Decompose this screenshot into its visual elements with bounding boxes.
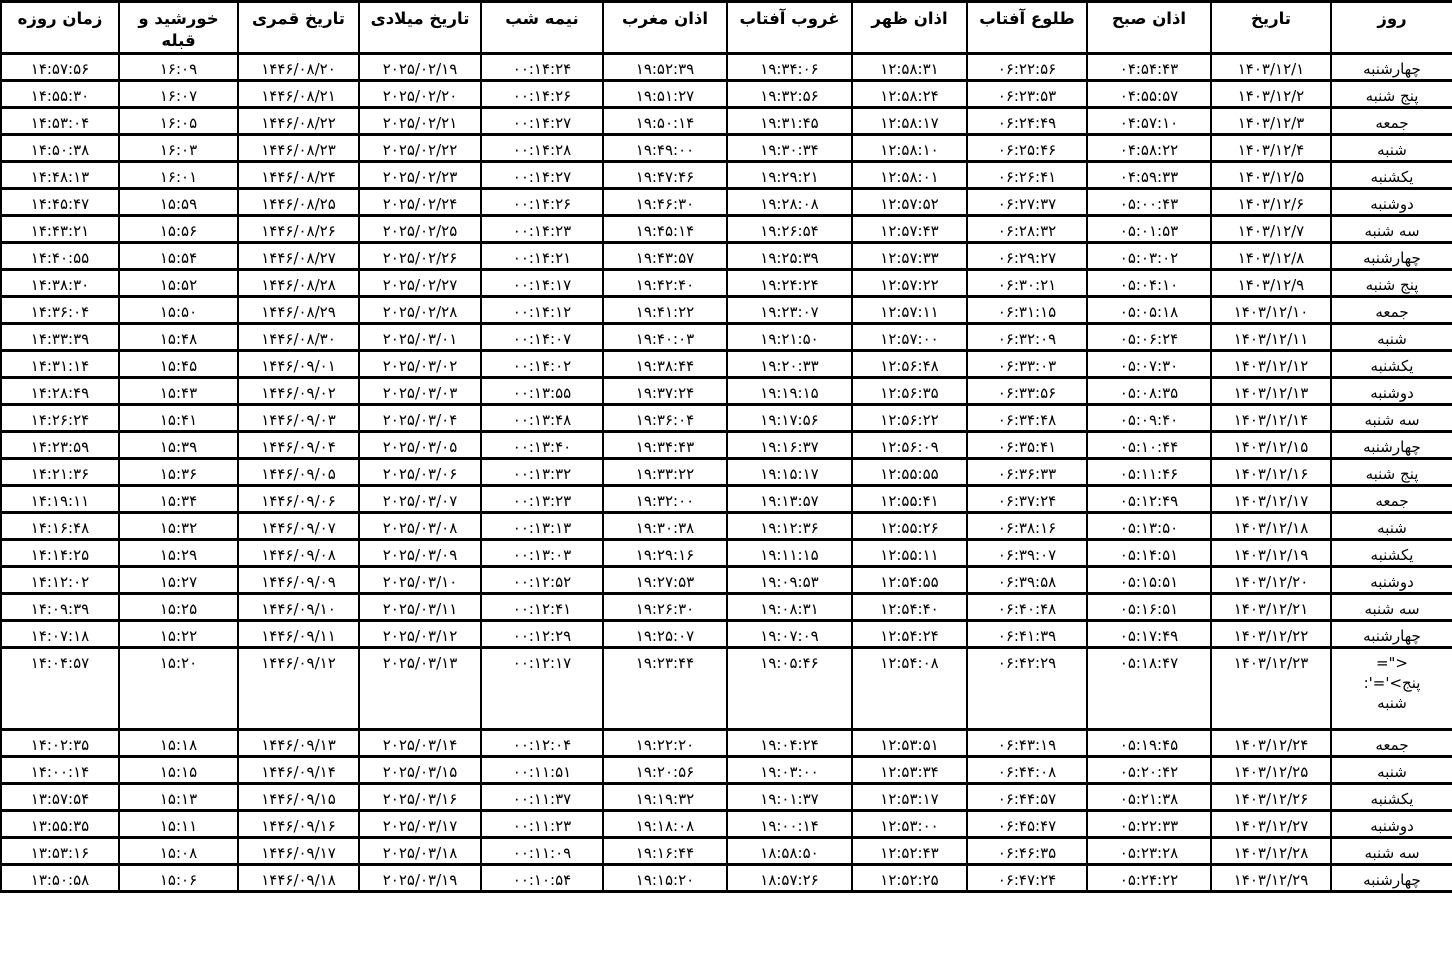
cell-maghrib: ۱۹:۴۵:۱۴ (601, 216, 725, 243)
column-header-fajr: اذان صبح (1085, 2, 1209, 54)
cell-fasting: ۱۳:۵۳:۱۶ (0, 838, 117, 865)
table-row: یکشنبه۱۴۰۳/۱۲/۱۲۰۵:۰۷:۳۰۰۶:۳۳:۰۳۱۲:۵۶:۴۸… (0, 351, 1451, 378)
cell-midnight: ۰۰:۱۴:۲۷ (479, 162, 601, 189)
cell-sunrise: ۰۶:۳۳:۰۳ (965, 351, 1085, 378)
cell-day: یکشنبه (1329, 784, 1451, 811)
cell-midnight: ۰۰:۱۲:۲۹ (479, 621, 601, 648)
cell-sunrise: ۰۶:۴۲:۲۹ (965, 648, 1085, 730)
cell-gregorian: ۲۰۲۵/۰۳/۱۳ (357, 648, 479, 730)
cell-dhuhr: ۱۲:۵۵:۴۱ (850, 486, 965, 513)
cell-day: چهارشنبه (1329, 243, 1451, 270)
cell-sunrise: ۰۶:۲۹:۲۷ (965, 243, 1085, 270)
cell-gregorian: ۲۰۲۵/۰۳/۰۷ (357, 486, 479, 513)
cell-sunrise: ۰۶:۴۷:۲۴ (965, 865, 1085, 892)
cell-day: پنج شنبه (1329, 459, 1451, 486)
cell-maghrib: ۱۹:۴۳:۵۷ (601, 243, 725, 270)
cell-date: ۱۴۰۳/۱۲/۱۲ (1209, 351, 1329, 378)
table-row: ="> :'='<پنج شنبه۱۴۰۳/۱۲/۲۳۰۵:۱۸:۴۷۰۶:۴۲… (0, 648, 1451, 730)
cell-fasting: ۱۴:۳۶:۰۴ (0, 297, 117, 324)
cell-maghrib: ۱۹:۲۲:۲۰ (601, 730, 725, 757)
cell-fajr: ۰۵:۱۲:۴۹ (1085, 486, 1209, 513)
table-row: جمعه۱۴۰۳/۱۲/۳۰۴:۵۷:۱۰۰۶:۲۴:۴۹۱۲:۵۸:۱۷۱۹:… (0, 108, 1451, 135)
cell-lunar: ۱۴۴۶/۰۹/۱۲ (236, 648, 357, 730)
column-header-sunset: غروب آفتاب (725, 2, 850, 54)
cell-maghrib: ۱۹:۴۲:۴۰ (601, 270, 725, 297)
table-row: پنج شنبه۱۴۰۳/۱۲/۲۰۴:۵۵:۵۷۰۶:۲۳:۵۳۱۲:۵۸:۲… (0, 81, 1451, 108)
cell-date: ۱۴۰۳/۱۲/۱۳ (1209, 378, 1329, 405)
cell-maghrib: ۱۹:۵۱:۲۷ (601, 81, 725, 108)
cell-midnight: ۰۰:۱۳:۰۳ (479, 540, 601, 567)
cell-date: ۱۴۰۳/۱۲/۱۸ (1209, 513, 1329, 540)
cell-lunar: ۱۴۴۶/۰۹/۰۹ (236, 567, 357, 594)
cell-day: چهارشنبه (1329, 621, 1451, 648)
cell-gregorian: ۲۰۲۵/۰۳/۰۹ (357, 540, 479, 567)
cell-sunset: ۱۹:۲۳:۰۷ (725, 297, 850, 324)
cell-fajr: ۰۵:۲۴:۲۲ (1085, 865, 1209, 892)
cell-dhuhr: ۱۲:۵۷:۱۱ (850, 297, 965, 324)
cell-gregorian: ۲۰۲۵/۰۲/۲۶ (357, 243, 479, 270)
table-row: جمعه۱۴۰۳/۱۲/۲۴۰۵:۱۹:۴۵۰۶:۴۳:۱۹۱۲:۵۳:۵۱۱۹… (0, 730, 1451, 757)
cell-maghrib: ۱۹:۲۹:۱۶ (601, 540, 725, 567)
table-row: دوشنبه۱۴۰۳/۱۲/۱۳۰۵:۰۸:۳۵۰۶:۳۳:۵۶۱۲:۵۶:۳۵… (0, 378, 1451, 405)
cell-gregorian: ۲۰۲۵/۰۲/۲۲ (357, 135, 479, 162)
cell-date: ۱۴۰۳/۱۲/۲۶ (1209, 784, 1329, 811)
cell-fasting: ۱۴:۳۸:۳۰ (0, 270, 117, 297)
cell-date: ۱۴۰۳/۱۲/۱۱ (1209, 324, 1329, 351)
cell-date: ۱۴۰۳/۱۲/۲۲ (1209, 621, 1329, 648)
cell-dhuhr: ۱۲:۵۳:۳۴ (850, 757, 965, 784)
cell-lunar: ۱۴۴۶/۰۹/۰۳ (236, 405, 357, 432)
cell-day: شنبه (1329, 135, 1451, 162)
cell-dhuhr: ۱۲:۵۸:۳۱ (850, 54, 965, 81)
cell-dhuhr: ۱۲:۵۳:۰۰ (850, 811, 965, 838)
column-header-fasting: زمان روزه (0, 2, 117, 54)
cell-day: جمعه (1329, 108, 1451, 135)
table-row: سه شنبه۱۴۰۳/۱۲/۲۱۰۵:۱۶:۵۱۰۶:۴۰:۴۸۱۲:۵۴:۴… (0, 594, 1451, 621)
cell-date: ۱۴۰۳/۱۲/۲۹ (1209, 865, 1329, 892)
cell-date: ۱۴۰۳/۱۲/۸ (1209, 243, 1329, 270)
cell-midnight: ۰۰:۱۴:۲۱ (479, 243, 601, 270)
cell-day: چهارشنبه (1329, 432, 1451, 459)
cell-gregorian: ۲۰۲۵/۰۳/۱۷ (357, 811, 479, 838)
cell-fasting: ۱۴:۱۴:۲۵ (0, 540, 117, 567)
table-row: یکشنبه۱۴۰۳/۱۲/۱۹۰۵:۱۴:۵۱۰۶:۳۹:۰۷۱۲:۵۵:۱۱… (0, 540, 1451, 567)
cell-sunset: ۱۸:۵۸:۵۰ (725, 838, 850, 865)
table-row: سه شنبه۱۴۰۳/۱۲/۲۸۰۵:۲۳:۲۸۰۶:۴۶:۳۵۱۲:۵۲:۴… (0, 838, 1451, 865)
cell-lunar: ۱۴۴۶/۰۹/۱۸ (236, 865, 357, 892)
table-row: چهارشنبه۱۴۰۳/۱۲/۱۵۰۵:۱۰:۴۴۰۶:۳۵:۴۱۱۲:۵۶:… (0, 432, 1451, 459)
cell-dhuhr: ۱۲:۵۷:۲۲ (850, 270, 965, 297)
cell-dhuhr: ۱۲:۵۴:۵۵ (850, 567, 965, 594)
column-header-gregorian: تاریخ میلادی (357, 2, 479, 54)
cell-date: ۱۴۰۳/۱۲/۲۵ (1209, 757, 1329, 784)
cell-date: ۱۴۰۳/۱۲/۴ (1209, 135, 1329, 162)
cell-fajr: ۰۵:۰۳:۰۲ (1085, 243, 1209, 270)
cell-fajr: ۰۵:۰۷:۳۰ (1085, 351, 1209, 378)
cell-sun-qibla: ۱۵:۱۸ (117, 730, 236, 757)
cell-sunrise: ۰۶:۴۳:۱۹ (965, 730, 1085, 757)
cell-date: ۱۴۰۳/۱۲/۵ (1209, 162, 1329, 189)
cell-midnight: ۰۰:۱۲:۰۴ (479, 730, 601, 757)
column-header-lunar: تاریخ قمری (236, 2, 357, 54)
cell-midnight: ۰۰:۱۴:۲۶ (479, 81, 601, 108)
cell-gregorian: ۲۰۲۵/۰۲/۲۴ (357, 189, 479, 216)
cell-day: شنبه (1329, 324, 1451, 351)
cell-dhuhr: ۱۲:۵۴:۰۸ (850, 648, 965, 730)
cell-sun-qibla: ۱۵:۴۵ (117, 351, 236, 378)
cell-lunar: ۱۴۴۶/۰۹/۱۴ (236, 757, 357, 784)
cell-fajr: ۰۵:۱۶:۵۱ (1085, 594, 1209, 621)
cell-sun-qibla: ۱۵:۲۵ (117, 594, 236, 621)
cell-lunar: ۱۴۴۶/۰۸/۲۰ (236, 54, 357, 81)
cell-fasting: ۱۴:۲۳:۵۹ (0, 432, 117, 459)
cell-dhuhr: ۱۲:۵۶:۴۸ (850, 351, 965, 378)
cell-dhuhr: ۱۲:۵۶:۲۲ (850, 405, 965, 432)
cell-midnight: ۰۰:۱۱:۳۷ (479, 784, 601, 811)
cell-fasting: ۱۴:۲۱:۳۶ (0, 459, 117, 486)
cell-fasting: ۱۴:۵۷:۵۶ (0, 54, 117, 81)
timetable-body: چهارشنبه۱۴۰۳/۱۲/۱۰۴:۵۴:۴۳۰۶:۲۲:۵۶۱۲:۵۸:۳… (0, 54, 1451, 892)
cell-sunset: ۱۹:۳۴:۰۶ (725, 54, 850, 81)
cell-sunset: ۱۹:۰۸:۳۱ (725, 594, 850, 621)
cell-sunrise: ۰۶:۳۵:۴۱ (965, 432, 1085, 459)
cell-gregorian: ۲۰۲۵/۰۳/۰۶ (357, 459, 479, 486)
cell-day: جمعه (1329, 730, 1451, 757)
cell-sunrise: ۰۶:۲۷:۳۷ (965, 189, 1085, 216)
cell-sun-qibla: ۱۵:۴۳ (117, 378, 236, 405)
cell-fasting: ۱۴:۴۳:۲۱ (0, 216, 117, 243)
cell-midnight: ۰۰:۱۳:۳۲ (479, 459, 601, 486)
cell-fasting: ۱۴:۰۰:۱۴ (0, 757, 117, 784)
cell-sunrise: ۰۶:۳۱:۱۵ (965, 297, 1085, 324)
cell-day: یکشنبه (1329, 351, 1451, 378)
cell-sun-qibla: ۱۶:۰۵ (117, 108, 236, 135)
column-header-maghrib: اذان مغرب (601, 2, 725, 54)
cell-maghrib: ۱۹:۵۰:۱۴ (601, 108, 725, 135)
cell-gregorian: ۲۰۲۵/۰۳/۱۱ (357, 594, 479, 621)
cell-lunar: ۱۴۴۶/۰۸/۲۳ (236, 135, 357, 162)
cell-lunar: ۱۴۴۶/۰۹/۱۷ (236, 838, 357, 865)
cell-maghrib: ۱۹:۲۷:۵۳ (601, 567, 725, 594)
table-row: چهارشنبه۱۴۰۳/۱۲/۱۰۴:۵۴:۴۳۰۶:۲۲:۵۶۱۲:۵۸:۳… (0, 54, 1451, 81)
cell-maghrib: ۱۹:۳۸:۴۴ (601, 351, 725, 378)
cell-sun-qibla: ۱۵:۲۷ (117, 567, 236, 594)
cell-maghrib: ۱۹:۱۹:۳۲ (601, 784, 725, 811)
column-header-dhuhr: اذان ظهر (850, 2, 965, 54)
cell-sunrise: ۰۶:۳۹:۰۷ (965, 540, 1085, 567)
cell-sun-qibla: ۱۵:۲۹ (117, 540, 236, 567)
cell-lunar: ۱۴۴۶/۰۸/۲۶ (236, 216, 357, 243)
cell-dhuhr: ۱۲:۵۵:۱۱ (850, 540, 965, 567)
cell-sunset: ۱۹:۰۴:۲۴ (725, 730, 850, 757)
cell-lunar: ۱۴۴۶/۰۹/۱۶ (236, 811, 357, 838)
table-row: دوشنبه۱۴۰۳/۱۲/۶۰۵:۰۰:۴۳۰۶:۲۷:۳۷۱۲:۵۷:۵۲۱… (0, 189, 1451, 216)
cell-sunrise: ۰۶:۳۷:۲۴ (965, 486, 1085, 513)
column-header-sun-qibla: خورشید و قبله (117, 2, 236, 54)
cell-fasting: ۱۳:۵۰:۵۸ (0, 865, 117, 892)
cell-fajr: ۰۴:۵۹:۳۳ (1085, 162, 1209, 189)
cell-sunset: ۱۹:۳۱:۴۵ (725, 108, 850, 135)
cell-gregorian: ۲۰۲۵/۰۳/۰۵ (357, 432, 479, 459)
table-row: شنبه۱۴۰۳/۱۲/۱۱۰۵:۰۶:۲۴۰۶:۳۲:۰۹۱۲:۵۷:۰۰۱۹… (0, 324, 1451, 351)
cell-dhuhr: ۱۲:۵۲:۲۵ (850, 865, 965, 892)
cell-sunrise: ۰۶:۴۴:۰۸ (965, 757, 1085, 784)
cell-fajr: ۰۵:۰۶:۲۴ (1085, 324, 1209, 351)
cell-dhuhr: ۱۲:۵۷:۳۳ (850, 243, 965, 270)
cell-lunar: ۱۴۴۶/۰۸/۳۰ (236, 324, 357, 351)
cell-midnight: ۰۰:۱۰:۵۴ (479, 865, 601, 892)
cell-sun-qibla: ۱۵:۴۱ (117, 405, 236, 432)
cell-lunar: ۱۴۴۶/۰۸/۲۷ (236, 243, 357, 270)
cell-day: یکشنبه (1329, 540, 1451, 567)
table-row: دوشنبه۱۴۰۳/۱۲/۲۷۰۵:۲۲:۳۳۰۶:۴۵:۴۷۱۲:۵۳:۰۰… (0, 811, 1451, 838)
cell-lunar: ۱۴۴۶/۰۹/۰۷ (236, 513, 357, 540)
cell-day: جمعه (1329, 486, 1451, 513)
cell-sunset: ۱۹:۱۹:۱۵ (725, 378, 850, 405)
cell-fajr: ۰۵:۰۰:۴۳ (1085, 189, 1209, 216)
cell-sunset: ۱۹:۲۵:۳۹ (725, 243, 850, 270)
cell-lunar: ۱۴۴۶/۰۸/۲۸ (236, 270, 357, 297)
cell-fajr: ۰۵:۱۵:۵۱ (1085, 567, 1209, 594)
cell-sunset: ۱۹:۲۹:۲۱ (725, 162, 850, 189)
cell-midnight: ۰۰:۱۳:۵۵ (479, 378, 601, 405)
cell-fajr: ۰۵:۱۱:۴۶ (1085, 459, 1209, 486)
table-row: پنج شنبه۱۴۰۳/۱۲/۹۰۵:۰۴:۱۰۰۶:۳۰:۲۱۱۲:۵۷:۲… (0, 270, 1451, 297)
cell-date: ۱۴۰۳/۱۲/۶ (1209, 189, 1329, 216)
cell-date: ۱۴۰۳/۱۲/۲۸ (1209, 838, 1329, 865)
cell-date: ۱۴۰۳/۱۲/۲۳ (1209, 648, 1329, 730)
cell-lunar: ۱۴۴۶/۰۸/۲۹ (236, 297, 357, 324)
cell-maghrib: ۱۹:۳۴:۴۳ (601, 432, 725, 459)
cell-lunar: ۱۴۴۶/۰۹/۱۰ (236, 594, 357, 621)
cell-day: سه شنبه (1329, 405, 1451, 432)
cell-sun-qibla: ۱۶:۰۹ (117, 54, 236, 81)
cell-sunset: ۱۹:۲۴:۲۴ (725, 270, 850, 297)
cell-fasting: ۱۴:۱۲:۰۲ (0, 567, 117, 594)
cell-lunar: ۱۴۴۶/۰۸/۲۴ (236, 162, 357, 189)
cell-date: ۱۴۰۳/۱۲/۱ (1209, 54, 1329, 81)
header-row: روز تاریخ اذان صبح طلوع آفتاب اذان ظهر غ… (0, 2, 1451, 54)
cell-day: دوشنبه (1329, 811, 1451, 838)
cell-dhuhr: ۱۲:۵۴:۲۴ (850, 621, 965, 648)
cell-date: ۱۴۰۳/۱۲/۲۱ (1209, 594, 1329, 621)
cell-fajr: ۰۵:۰۵:۱۸ (1085, 297, 1209, 324)
cell-day: چهارشنبه (1329, 865, 1451, 892)
cell-fasting: ۱۳:۵۵:۳۵ (0, 811, 117, 838)
cell-fajr: ۰۵:۱۹:۴۵ (1085, 730, 1209, 757)
cell-sun-qibla: ۱۵:۵۰ (117, 297, 236, 324)
cell-fasting: ۱۴:۱۶:۴۸ (0, 513, 117, 540)
cell-sun-qibla: ۱۵:۵۴ (117, 243, 236, 270)
cell-gregorian: ۲۰۲۵/۰۳/۰۸ (357, 513, 479, 540)
cell-lunar: ۱۴۴۶/۰۹/۱۱ (236, 621, 357, 648)
cell-fasting: ۱۴:۵۰:۳۸ (0, 135, 117, 162)
cell-fasting: ۱۴:۰۲:۳۵ (0, 730, 117, 757)
cell-maghrib: ۱۹:۱۸:۰۸ (601, 811, 725, 838)
cell-fajr: ۰۵:۱۴:۵۱ (1085, 540, 1209, 567)
cell-maghrib: ۱۹:۵۲:۳۹ (601, 54, 725, 81)
table-row: دوشنبه۱۴۰۳/۱۲/۲۰۰۵:۱۵:۵۱۰۶:۳۹:۵۸۱۲:۵۴:۵۵… (0, 567, 1451, 594)
cell-midnight: ۰۰:۱۳:۴۰ (479, 432, 601, 459)
table-row: شنبه۱۴۰۳/۱۲/۴۰۴:۵۸:۲۲۰۶:۲۵:۴۶۱۲:۵۸:۱۰۱۹:… (0, 135, 1451, 162)
cell-sunset: ۱۹:۲۰:۳۳ (725, 351, 850, 378)
cell-sunset: ۱۹:۳۲:۵۶ (725, 81, 850, 108)
cell-fasting: ۱۴:۰۹:۳۹ (0, 594, 117, 621)
cell-day: سه شنبه (1329, 838, 1451, 865)
cell-lunar: ۱۴۴۶/۰۹/۰۲ (236, 378, 357, 405)
cell-lunar: ۱۴۴۶/۰۹/۰۸ (236, 540, 357, 567)
cell-fajr: ۰۵:۱۰:۴۴ (1085, 432, 1209, 459)
cell-sunrise: ۰۶:۴۱:۳۹ (965, 621, 1085, 648)
table-row: چهارشنبه۱۴۰۳/۱۲/۸۰۵:۰۳:۰۲۰۶:۲۹:۲۷۱۲:۵۷:۳… (0, 243, 1451, 270)
cell-sunrise: ۰۶:۲۲:۵۶ (965, 54, 1085, 81)
cell-date: ۱۴۰۳/۱۲/۱۷ (1209, 486, 1329, 513)
cell-sun-qibla: ۱۵:۳۴ (117, 486, 236, 513)
cell-fajr: ۰۵:۰۱:۵۳ (1085, 216, 1209, 243)
cell-midnight: ۰۰:۱۴:۲۶ (479, 189, 601, 216)
cell-date: ۱۴۰۳/۱۲/۱۰ (1209, 297, 1329, 324)
cell-sun-qibla: ۱۵:۵۶ (117, 216, 236, 243)
cell-sunrise: ۰۶:۲۳:۵۳ (965, 81, 1085, 108)
cell-fasting: ۱۴:۳۳:۳۹ (0, 324, 117, 351)
cell-midnight: ۰۰:۱۴:۲۴ (479, 54, 601, 81)
cell-sunrise: ۰۶:۳۲:۰۹ (965, 324, 1085, 351)
column-header-midnight: نیمه شب (479, 2, 601, 54)
cell-sun-qibla: ۱۵:۲۲ (117, 621, 236, 648)
cell-gregorian: ۲۰۲۵/۰۳/۱۰ (357, 567, 479, 594)
table-row: شنبه۱۴۰۳/۱۲/۲۵۰۵:۲۰:۴۲۰۶:۴۴:۰۸۱۲:۵۳:۳۴۱۹… (0, 757, 1451, 784)
table-row: یکشنبه۱۴۰۳/۱۲/۵۰۴:۵۹:۳۳۰۶:۲۶:۴۱۱۲:۵۸:۰۱۱… (0, 162, 1451, 189)
cell-fajr: ۰۵:۲۲:۳۳ (1085, 811, 1209, 838)
cell-gregorian: ۲۰۲۵/۰۳/۰۴ (357, 405, 479, 432)
cell-day: دوشنبه (1329, 189, 1451, 216)
cell-fasting: ۱۴:۰۴:۵۷ (0, 648, 117, 730)
cell-dhuhr: ۱۲:۵۳:۵۱ (850, 730, 965, 757)
cell-sun-qibla: ۱۵:۳۲ (117, 513, 236, 540)
cell-sunrise: ۰۶:۲۴:۴۹ (965, 108, 1085, 135)
cell-midnight: ۰۰:۱۱:۲۳ (479, 811, 601, 838)
cell-fajr: ۰۴:۵۸:۲۲ (1085, 135, 1209, 162)
cell-sunrise: ۰۶:۳۰:۲۱ (965, 270, 1085, 297)
cell-sun-qibla: ۱۵:۲۰ (117, 648, 236, 730)
cell-fajr: ۰۵:۰۹:۴۰ (1085, 405, 1209, 432)
cell-day: شنبه (1329, 757, 1451, 784)
cell-fajr: ۰۴:۵۴:۴۳ (1085, 54, 1209, 81)
cell-gregorian: ۲۰۲۵/۰۲/۲۵ (357, 216, 479, 243)
cell-sunset: ۱۹:۱۶:۳۷ (725, 432, 850, 459)
table-row: سه شنبه۱۴۰۳/۱۲/۷۰۵:۰۱:۵۳۰۶:۲۸:۳۲۱۲:۵۷:۴۳… (0, 216, 1451, 243)
table-row: جمعه۱۴۰۳/۱۲/۱۷۰۵:۱۲:۴۹۰۶:۳۷:۲۴۱۲:۵۵:۴۱۱۹… (0, 486, 1451, 513)
cell-day: پنج شنبه (1329, 81, 1451, 108)
cell-day: سه شنبه (1329, 216, 1451, 243)
cell-maghrib: ۱۹:۳۷:۲۴ (601, 378, 725, 405)
cell-fajr: ۰۵:۲۰:۴۲ (1085, 757, 1209, 784)
cell-midnight: ۰۰:۱۴:۱۷ (479, 270, 601, 297)
cell-midnight: ۰۰:۱۳:۱۳ (479, 513, 601, 540)
cell-dhuhr: ۱۲:۵۵:۵۵ (850, 459, 965, 486)
cell-lunar: ۱۴۴۶/۰۸/۲۲ (236, 108, 357, 135)
table-row: جمعه۱۴۰۳/۱۲/۱۰۰۵:۰۵:۱۸۰۶:۳۱:۱۵۱۲:۵۷:۱۱۱۹… (0, 297, 1451, 324)
cell-sunrise: ۰۶:۴۵:۴۷ (965, 811, 1085, 838)
cell-fasting: ۱۴:۴۸:۱۳ (0, 162, 117, 189)
cell-midnight: ۰۰:۱۱:۵۱ (479, 757, 601, 784)
cell-gregorian: ۲۰۲۵/۰۲/۲۱ (357, 108, 479, 135)
cell-maghrib: ۱۹:۳۶:۰۴ (601, 405, 725, 432)
cell-fasting: ۱۴:۰۷:۱۸ (0, 621, 117, 648)
cell-date: ۱۴۰۳/۱۲/۱۶ (1209, 459, 1329, 486)
cell-sun-qibla: ۱۵:۱۳ (117, 784, 236, 811)
table-row: یکشنبه۱۴۰۳/۱۲/۲۶۰۵:۲۱:۳۸۰۶:۴۴:۵۷۱۲:۵۳:۱۷… (0, 784, 1451, 811)
cell-fasting: ۱۴:۵۵:۳۰ (0, 81, 117, 108)
cell-sun-qibla: ۱۵:۵۲ (117, 270, 236, 297)
cell-sunset: ۱۹:۳۰:۳۴ (725, 135, 850, 162)
cell-sunrise: ۰۶:۴۴:۵۷ (965, 784, 1085, 811)
cell-dhuhr: ۱۲:۵۸:۲۴ (850, 81, 965, 108)
cell-fajr: ۰۵:۲۱:۳۸ (1085, 784, 1209, 811)
cell-fajr: ۰۵:۲۳:۲۸ (1085, 838, 1209, 865)
cell-lunar: ۱۴۴۶/۰۹/۱۵ (236, 784, 357, 811)
cell-sunrise: ۰۶:۲۶:۴۱ (965, 162, 1085, 189)
cell-sunset: ۱۹:۲۸:۰۸ (725, 189, 850, 216)
cell-day: دوشنبه (1329, 378, 1451, 405)
cell-midnight: ۰۰:۱۱:۰۹ (479, 838, 601, 865)
cell-date: ۱۴۰۳/۱۲/۹ (1209, 270, 1329, 297)
column-header-date: تاریخ (1209, 2, 1329, 54)
table-row: چهارشنبه۱۴۰۳/۱۲/۲۹۰۵:۲۴:۲۲۰۶:۴۷:۲۴۱۲:۵۲:… (0, 865, 1451, 892)
cell-midnight: ۰۰:۱۴:۰۷ (479, 324, 601, 351)
cell-maghrib: ۱۹:۴۰:۰۳ (601, 324, 725, 351)
cell-date: ۱۴۰۳/۱۲/۲۷ (1209, 811, 1329, 838)
cell-gregorian: ۲۰۲۵/۰۲/۲۸ (357, 297, 479, 324)
cell-maghrib: ۱۹:۳۳:۲۲ (601, 459, 725, 486)
cell-maghrib: ۱۹:۱۶:۴۴ (601, 838, 725, 865)
cell-fajr: ۰۵:۱۷:۴۹ (1085, 621, 1209, 648)
cell-day: شنبه (1329, 513, 1451, 540)
cell-maghrib: ۱۹:۴۶:۳۰ (601, 189, 725, 216)
cell-sunrise: ۰۶:۳۶:۳۳ (965, 459, 1085, 486)
cell-day: پنج شنبه (1329, 270, 1451, 297)
cell-sunrise: ۰۶:۲۵:۴۶ (965, 135, 1085, 162)
cell-dhuhr: ۱۲:۵۵:۲۶ (850, 513, 965, 540)
cell-sunset: ۱۹:۰۹:۵۳ (725, 567, 850, 594)
cell-sun-qibla: ۱۵:۱۵ (117, 757, 236, 784)
column-header-sunrise: طلوع آفتاب (965, 2, 1085, 54)
cell-dhuhr: ۱۲:۵۲:۴۳ (850, 838, 965, 865)
cell-maghrib: ۱۹:۴۹:۰۰ (601, 135, 725, 162)
cell-midnight: ۰۰:۱۲:۵۲ (479, 567, 601, 594)
cell-maghrib: ۱۹:۴۱:۲۲ (601, 297, 725, 324)
cell-sunset: ۱۹:۰۵:۴۶ (725, 648, 850, 730)
cell-sunrise: ۰۶:۳۳:۵۶ (965, 378, 1085, 405)
cell-date: ۱۴۰۳/۱۲/۱۴ (1209, 405, 1329, 432)
cell-fasting: ۱۴:۴۵:۴۷ (0, 189, 117, 216)
cell-sun-qibla: ۱۶:۰۷ (117, 81, 236, 108)
cell-maghrib: ۱۹:۲۰:۵۶ (601, 757, 725, 784)
cell-dhuhr: ۱۲:۵۴:۴۰ (850, 594, 965, 621)
cell-sunset: ۱۹:۱۲:۳۶ (725, 513, 850, 540)
cell-dhuhr: ۱۲:۵۷:۰۰ (850, 324, 965, 351)
cell-gregorian: ۲۰۲۵/۰۳/۱۶ (357, 784, 479, 811)
cell-lunar: ۱۴۴۶/۰۹/۰۵ (236, 459, 357, 486)
cell-day: ="> :'='<پنج شنبه (1329, 648, 1451, 730)
cell-sun-qibla: ۱۵:۰۶ (117, 865, 236, 892)
cell-dhuhr: ۱۲:۵۶:۳۵ (850, 378, 965, 405)
cell-sunset: ۱۹:۰۷:۰۹ (725, 621, 850, 648)
cell-sun-qibla: ۱۵:۳۹ (117, 432, 236, 459)
cell-midnight: ۰۰:۱۴:۲۷ (479, 108, 601, 135)
cell-gregorian: ۲۰۲۵/۰۳/۰۱ (357, 324, 479, 351)
cell-lunar: ۱۴۴۶/۰۹/۰۴ (236, 432, 357, 459)
